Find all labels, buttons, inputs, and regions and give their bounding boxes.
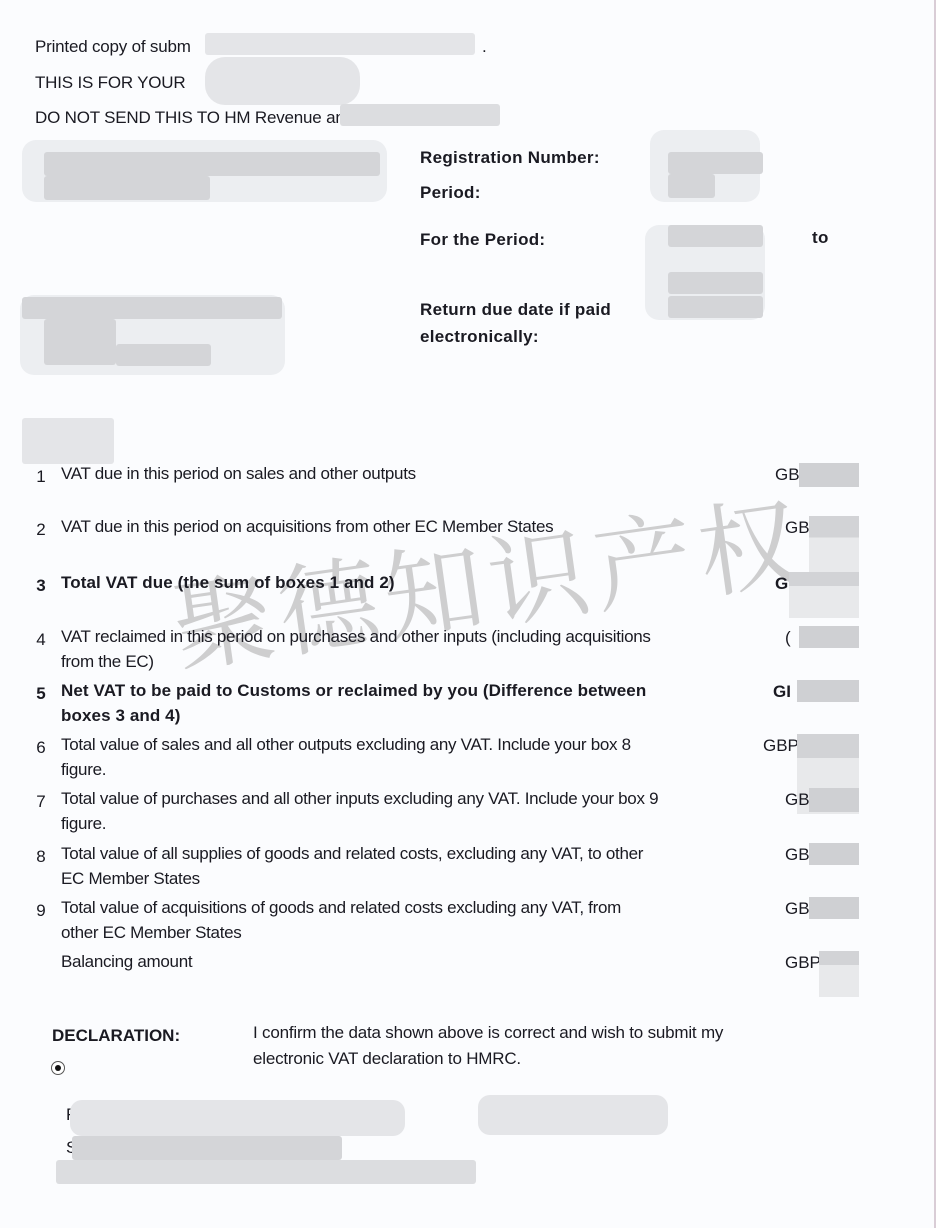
redacted-box-value	[797, 680, 859, 702]
box-description: Balancing amount	[61, 949, 661, 974]
box-number: 9	[34, 901, 48, 921]
redacted-block	[72, 1136, 342, 1160]
for-period-label: For the Period:	[420, 230, 545, 250]
redacted-block	[478, 1095, 668, 1135]
header-line-2: THIS IS FOR YOUR	[35, 73, 185, 93]
redacted-block	[44, 176, 210, 200]
box-number: 7	[34, 792, 48, 812]
redacted-block	[44, 152, 380, 176]
box-currency: GB	[785, 790, 810, 810]
box-currency: GB	[775, 465, 800, 485]
redacted-box-value	[819, 951, 859, 997]
period-to-label: to	[812, 228, 829, 248]
declaration-text: I confirm the data shown above is correc…	[253, 1020, 793, 1072]
redacted-box-value	[809, 788, 859, 812]
redacted-box-value	[799, 626, 859, 648]
redacted-box-value	[809, 897, 859, 919]
box-description: Total value of purchases and all other i…	[61, 786, 661, 836]
box-number: 2	[34, 520, 48, 540]
redacted-block	[22, 297, 282, 319]
redacted-block	[70, 1100, 405, 1136]
radio-selected-dot	[55, 1065, 61, 1071]
declaration-radio[interactable]	[51, 1061, 65, 1075]
box-description: Total value of sales and all other outpu…	[61, 732, 661, 782]
redacted-box-value	[809, 843, 859, 865]
box-description: Total value of all supplies of goods and…	[61, 841, 661, 891]
box-currency: GI	[773, 682, 791, 702]
redacted-block	[668, 296, 763, 318]
header-line-1-text: Printed copy of subm	[35, 37, 191, 56]
box-number: 1	[34, 467, 48, 487]
box-currency: GBP	[763, 736, 799, 756]
redacted-block	[205, 33, 475, 55]
box-description: VAT due in this period on sales and othe…	[61, 461, 661, 486]
return-due-label-2: electronically:	[420, 327, 539, 347]
redacted-block	[668, 272, 763, 294]
box-currency: GB	[785, 845, 810, 865]
redacted-block	[668, 174, 715, 198]
header-line-1-end: .	[482, 37, 487, 57]
redacted-block	[340, 104, 500, 126]
box-currency: GB	[785, 518, 810, 538]
redacted-block	[205, 57, 360, 105]
redacted-box-value	[799, 463, 859, 487]
box-number: 5	[34, 684, 48, 704]
registration-number-label: Registration Number:	[420, 148, 600, 168]
redacted-block	[116, 344, 211, 366]
box-currency: G	[775, 574, 788, 594]
box-number: 3	[34, 576, 48, 596]
redacted-block	[668, 152, 763, 174]
redacted-box-value	[789, 572, 859, 618]
box-number: 8	[34, 847, 48, 867]
box-description: VAT due in this period on acquisitions f…	[61, 514, 661, 539]
declaration-label: DECLARATION:	[52, 1026, 180, 1046]
return-due-label: Return due date if paid	[420, 300, 611, 320]
box-description: Total value of acquisitions of goods and…	[61, 895, 661, 945]
box-number: 6	[34, 738, 48, 758]
box-description: Total VAT due (the sum of boxes 1 and 2)	[61, 570, 661, 595]
redacted-block	[668, 225, 763, 247]
redacted-block	[44, 319, 116, 365]
header-line-3: DO NOT SEND THIS TO HM Revenue and	[35, 108, 354, 128]
header-line-1: Printed copy of subm	[35, 37, 191, 57]
box-description: VAT reclaimed in this period on purchase…	[61, 624, 661, 674]
period-label: Period:	[420, 183, 481, 203]
box-currency: (	[785, 628, 791, 648]
box-description: Net VAT to be paid to Customs or reclaim…	[61, 678, 661, 728]
box-number: 4	[34, 630, 48, 650]
box-currency: GBP	[785, 953, 821, 973]
box-currency: GB	[785, 899, 810, 919]
redacted-block	[56, 1160, 476, 1184]
redacted-block	[22, 418, 114, 464]
